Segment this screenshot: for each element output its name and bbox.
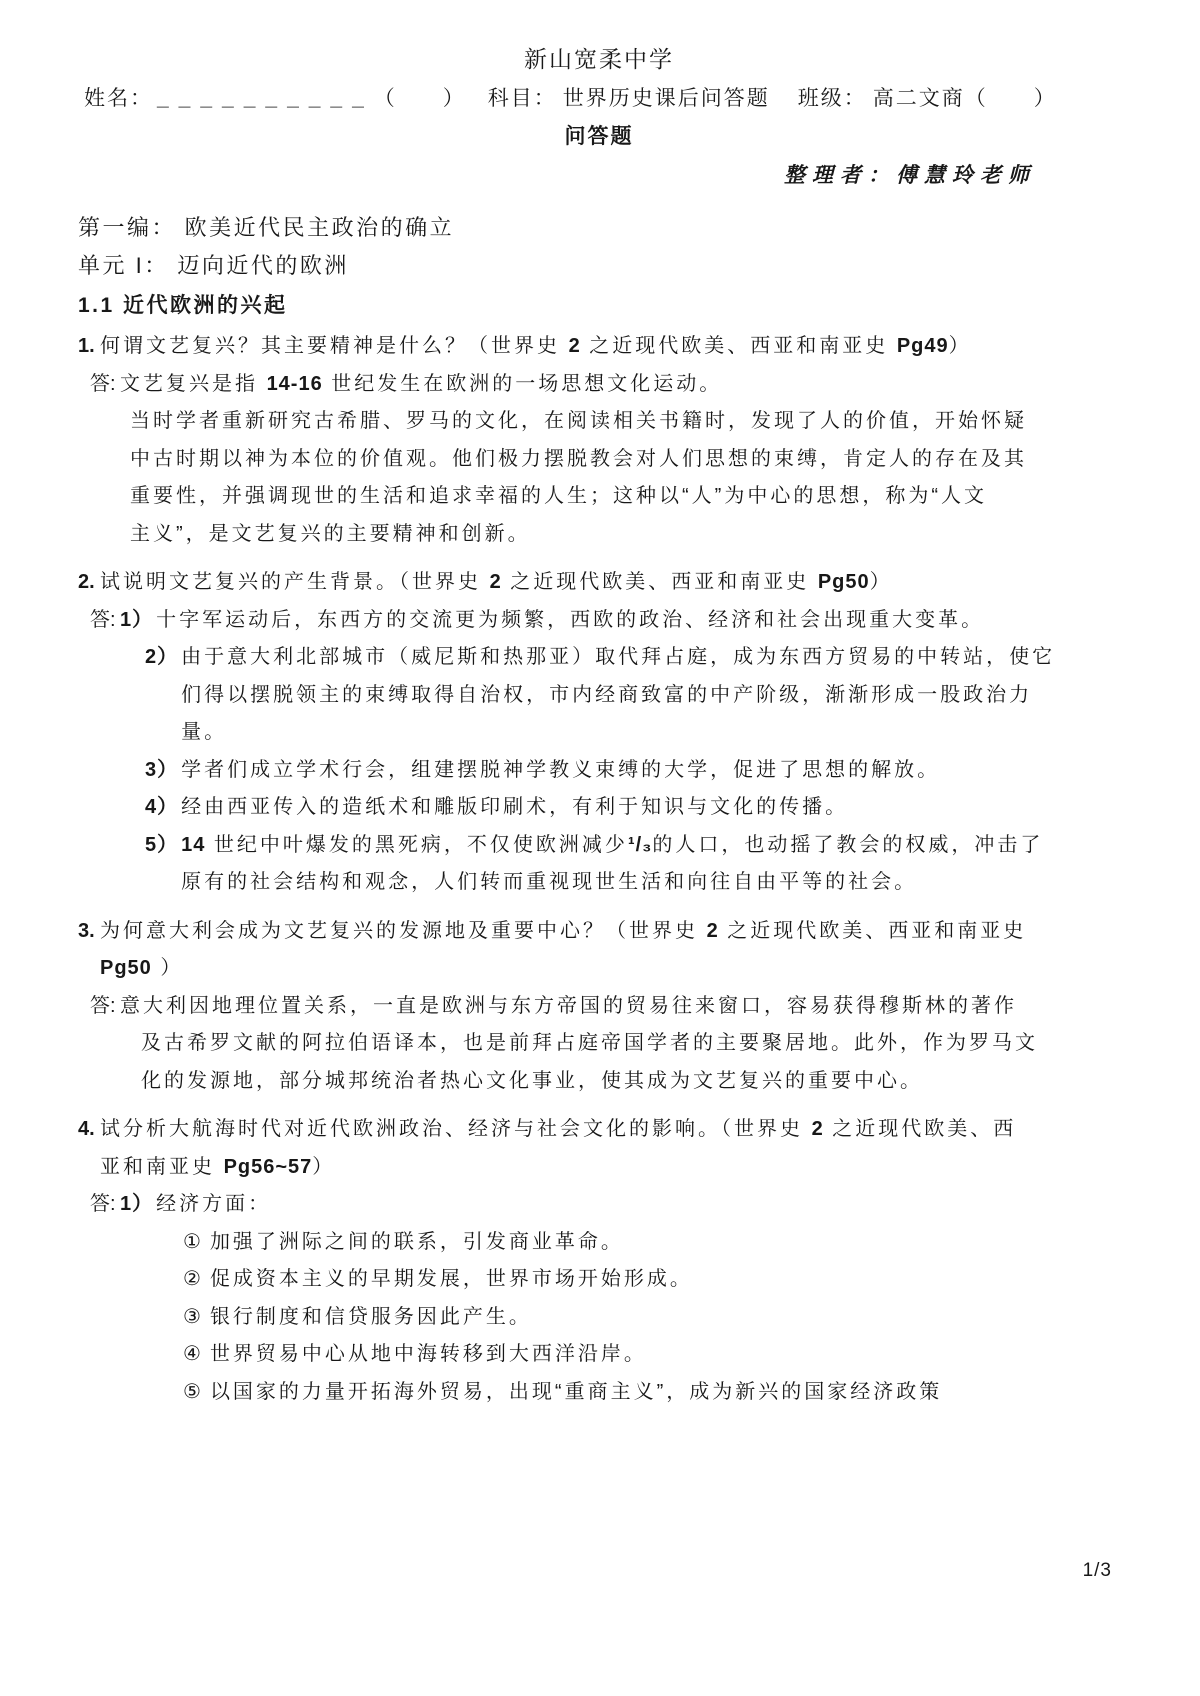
answer-item-text: 银行制度和信贷服务因此产生。 [210, 1299, 1120, 1337]
latin-run: 2 [707, 920, 719, 942]
answer-row: 答: 文艺复兴是指 14-16 世纪发生在欧洲的一场思想文化运动。当时学者重新研… [90, 366, 1120, 554]
answer-label: 答: [90, 988, 120, 1101]
question-text: 为何意大利会成为文艺复兴的发源地及重要中心？（世界史 2 之近现代欧美、西亚和南… [100, 913, 1120, 988]
question-row: 4. 试分析大航海时代对近代欧洲政治、经济与社会文化的影响。（世界史 2 之近现… [78, 1111, 1120, 1186]
answer-item-marker: ⑤ [183, 1374, 201, 1412]
latin-run: 1 [120, 1193, 132, 1215]
unit-heading: 单元 I： 迈向近代的欧洲 [78, 250, 1120, 282]
latin-run: 14 [181, 834, 205, 856]
answer-item-marker: ④ [183, 1336, 201, 1374]
question-block: 2. 试说明文艺复兴的产生背景。（世界史 2 之近现代欧美、西亚和南亚史 Pg5… [78, 564, 1120, 902]
answer-item-text: 世界贸易中心从地中海转移到大西洋沿岸。 [210, 1336, 1120, 1374]
question-block: 3. 为何意大利会成为文艺复兴的发源地及重要中心？（世界史 2 之近现代欧美、西… [78, 913, 1120, 1101]
latin-run: Pg50 [818, 571, 870, 593]
answer-line: 当时学者重新研究古希腊、罗马的文化，在阅读相关书籍时，发现了人的价值，开始怀疑 … [130, 403, 1120, 553]
answer-row: 答: 1）十字军运动后，东西方的交流更为频繁，西欧的政治、经济和社会出现重大变革… [90, 602, 1120, 902]
question-number: 3. [78, 913, 100, 988]
answer-item-text: 由于意大利北部城市（威尼斯和热那亚）取代拜占庭，成为东西方贸易的中转站，使它 们… [181, 639, 1120, 752]
part-heading: 第一编： 欧美近代民主政治的确立 [78, 212, 1120, 244]
name-blank-line: __________ [157, 84, 374, 114]
question-number: 4. [78, 1111, 100, 1186]
answer-line: 3）学者们成立学术行会，组建摆脱神学教义束缚的大学，促进了思想的解放。 [145, 752, 1120, 790]
class-label: 班级： [798, 84, 867, 114]
answer-line: 4）经由西亚传入的造纸术和雕版印刷术，有利于知识与文化的传播。 [145, 789, 1120, 827]
answer-body: 1）十字军运动后，东西方的交流更为频繁，西欧的政治、经济和社会出现重大变革。2）… [120, 602, 1120, 902]
latin-run: 2 [145, 646, 157, 668]
subsection-heading: 1.1 近代欧洲的兴起 [78, 290, 1120, 322]
latin-run: 3 [145, 759, 157, 781]
latin-run: Pg56~57 [224, 1156, 313, 1178]
latin-run: Pg49 [897, 335, 949, 357]
doc-title: 问答题 [78, 122, 1120, 152]
page-number: 1/3 [1083, 1560, 1112, 1582]
question-block: 1. 何谓文艺复兴？其主要精神是什么？（世界史 2 之近现代欧美、西亚和南亚史 … [78, 328, 1120, 553]
answer-line: 2）由于意大利北部城市（威尼斯和热那亚）取代拜占庭，成为东西方贸易的中转站，使它… [145, 639, 1120, 752]
question-text: 何谓文艺复兴？其主要精神是什么？（世界史 2 之近现代欧美、西亚和南亚史 Pg4… [100, 328, 1120, 366]
answer-item-text: 经济方面： [156, 1186, 1120, 1224]
answer-item-marker: 1） [120, 1186, 152, 1224]
compiler-credit: 整理者：傅慧玲老师 [78, 160, 1036, 190]
latin-run: 5 [145, 834, 157, 856]
answer-line: 5）14 世纪中叶爆发的黑死病，不仅使欧洲减少¹/₃的人口，也动摇了教会的权威，… [145, 827, 1120, 902]
latin-run: 4 [145, 796, 157, 818]
answer-line: 文艺复兴是指 14-16 世纪发生在欧洲的一场思想文化运动。 [120, 366, 1120, 404]
answer-line: ③银行制度和信贷服务因此产生。 [183, 1299, 1120, 1337]
latin-run: 2 [812, 1118, 824, 1140]
info-line: 姓名： __________ （ ） 科目： 世界历史课后问答题 班级： 高二文… [84, 84, 1120, 114]
question-number: 1. [78, 328, 100, 366]
question-text: 试说明文艺复兴的产生背景。（世界史 2 之近现代欧美、西亚和南亚史 Pg50） [100, 564, 1120, 602]
answer-item-marker: 5） [145, 827, 177, 902]
answer-item-marker: ① [183, 1224, 201, 1262]
subject-value: 世界历史课后问答题 [563, 84, 770, 114]
question-number: 2. [78, 564, 100, 602]
answer-item-marker: 4） [145, 789, 177, 827]
answer-label: 答: [90, 366, 120, 554]
answer-item-marker: 3） [145, 752, 177, 790]
question-row: 3. 为何意大利会成为文艺复兴的发源地及重要中心？（世界史 2 之近现代欧美、西… [78, 913, 1120, 988]
answer-body: 1）经济方面：①加强了洲际之间的联系，引发商业革命。②促成资本主义的早期发展，世… [120, 1186, 1120, 1411]
document-page: 新山宽柔中学 姓名： __________ （ ） 科目： 世界历史课后问答题 … [0, 0, 1200, 1696]
answer-item-text: 加强了洲际之间的联系，引发商业革命。 [210, 1224, 1120, 1262]
answer-line: ⑤以国家的力量开拓海外贸易，出现“重商主义”，成为新兴的国家经济政策 [183, 1374, 1120, 1412]
answer-line: 1）十字军运动后，东西方的交流更为频繁，西欧的政治、经济和社会出现重大变革。 [120, 602, 1120, 640]
question-text: 试分析大航海时代对近代欧洲政治、经济与社会文化的影响。（世界史 2 之近现代欧美… [100, 1111, 1120, 1186]
name-paren-field: （ ） [374, 84, 466, 114]
latin-run: 2 [490, 571, 502, 593]
school-name: 新山宽柔中学 [78, 44, 1120, 74]
name-label: 姓名： [84, 84, 153, 114]
answer-item-marker: ③ [183, 1299, 201, 1337]
subject-label: 科目： [488, 84, 557, 114]
latin-run: ¹/₃ [628, 834, 652, 856]
class-value: 高二文商（ ） [873, 84, 1057, 114]
question-row: 2. 试说明文艺复兴的产生背景。（世界史 2 之近现代欧美、西亚和南亚史 Pg5… [78, 564, 1120, 602]
latin-run: 2 [569, 335, 581, 357]
answer-line: ②促成资本主义的早期发展，世界市场开始形成。 [183, 1261, 1120, 1299]
answer-item-text: 14 世纪中叶爆发的黑死病，不仅使欧洲减少¹/₃的人口，也动摇了教会的权威，冲击… [181, 827, 1120, 902]
latin-run: 14-16 [267, 373, 323, 395]
answer-item-text: 以国家的力量开拓海外贸易，出现“重商主义”，成为新兴的国家经济政策 [210, 1374, 1120, 1412]
answer-label: 答: [90, 1186, 120, 1411]
answer-body: 文艺复兴是指 14-16 世纪发生在欧洲的一场思想文化运动。当时学者重新研究古希… [120, 366, 1120, 554]
answer-item-marker: 1） [120, 602, 152, 640]
answer-row: 答: 1）经济方面：①加强了洲际之间的联系，引发商业革命。②促成资本主义的早期发… [90, 1186, 1120, 1411]
answer-label: 答: [90, 602, 120, 902]
question-block: 4. 试分析大航海时代对近代欧洲政治、经济与社会文化的影响。（世界史 2 之近现… [78, 1111, 1120, 1411]
answer-line: 意大利因地理位置关系，一直是欧洲与东方帝国的贸易往来窗口，容易获得穆斯林的著作 … [120, 988, 1120, 1101]
answer-line: ①加强了洲际之间的联系，引发商业革命。 [183, 1224, 1120, 1262]
answer-body: 意大利因地理位置关系，一直是欧洲与东方帝国的贸易往来窗口，容易获得穆斯林的著作 … [120, 988, 1120, 1101]
answer-item-marker: 2） [145, 639, 177, 752]
question-row: 1. 何谓文艺复兴？其主要精神是什么？（世界史 2 之近现代欧美、西亚和南亚史 … [78, 328, 1120, 366]
answer-item-text: 促成资本主义的早期发展，世界市场开始形成。 [210, 1261, 1120, 1299]
answer-item-text: 十字军运动后，东西方的交流更为频繁，西欧的政治、经济和社会出现重大变革。 [156, 602, 1120, 640]
answer-item-text: 经由西亚传入的造纸术和雕版印刷术，有利于知识与文化的传播。 [181, 789, 1120, 827]
answer-row: 答: 意大利因地理位置关系，一直是欧洲与东方帝国的贸易往来窗口，容易获得穆斯林的… [90, 988, 1120, 1101]
answer-line: 1）经济方面： [120, 1186, 1120, 1224]
answer-line: ④世界贸易中心从地中海转移到大西洋沿岸。 [183, 1336, 1120, 1374]
answer-item-marker: ② [183, 1261, 201, 1299]
latin-run: 1 [120, 609, 132, 631]
questions-list: 1. 何谓文艺复兴？其主要精神是什么？（世界史 2 之近现代欧美、西亚和南亚史 … [78, 328, 1120, 1411]
answer-item-text: 学者们成立学术行会，组建摆脱神学教义束缚的大学，促进了思想的解放。 [181, 752, 1120, 790]
latin-run: Pg50 [100, 957, 152, 979]
